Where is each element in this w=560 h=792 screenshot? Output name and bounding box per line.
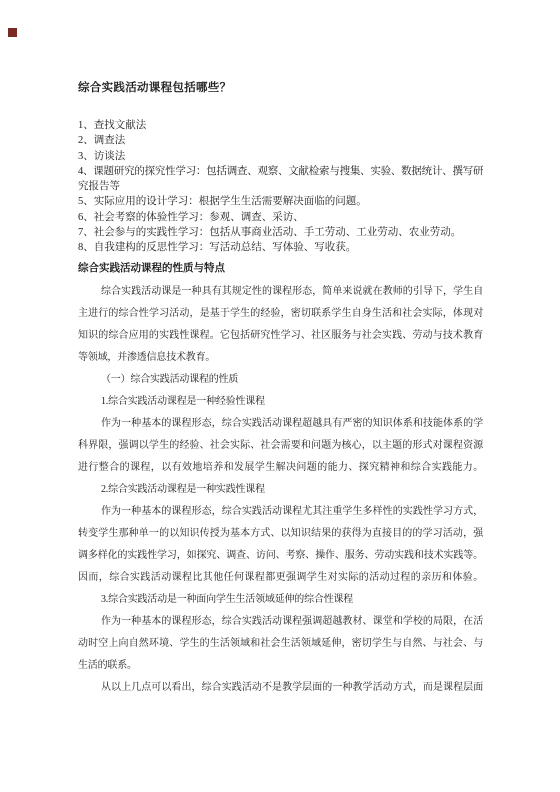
body-line: 从以上几点可以看出，综合实践活动不是教学层面的一种教学活动方式，而是课程层面 (78, 677, 483, 699)
body-line: （一）综合实践活动课程的性质 (78, 369, 483, 391)
list-line: 6、社会考察的体验性学习：参观、调查、采访、 (78, 210, 483, 225)
document-page: 综合实践活动课程包括哪些？ 1、查找文献法2、调查法3、访谈法4、课题研究的探究… (0, 0, 560, 792)
list-line: 7、社会参与的实践性学习：包括从事商业活动、手工劳动、工业劳动、农业劳动。 (78, 225, 483, 240)
body-line: 生活的联系。 (78, 655, 483, 677)
body-line: 进行整合的课程，以有效地培养和发展学生解决问题的能力、探究精神和综合实践能力。 (78, 457, 483, 479)
body-line: 因而，综合实践活动课程比其他任何课程都更强调学生对实际的活动过程的亲历和体验。 (78, 567, 483, 589)
body-line: 综合实践活动课是一种具有其规定性的课程形态，简单来说就在教师的引导下，学生自 (78, 281, 483, 303)
body-line: 1.综合实践活动课程是一种经验性课程 (78, 391, 483, 413)
red-marker (8, 28, 17, 37)
body-line: 科界限，强调以学生的经验、社会实际、社会需要和问题为核心，以主题的形式对课程资源 (78, 435, 483, 457)
section-heading: 综合实践活动课程的性质与特点 (78, 260, 483, 276)
body-line: 作为一种基本的课程形态，综合实践活动课程尤其注重学生多样性的实践性学习方式， (78, 501, 483, 523)
list-line: 5、实际应用的设计学习：根据学生生活需要解决面临的问题。 (78, 194, 483, 209)
document-title: 综合实践活动课程包括哪些？ (78, 80, 483, 96)
body-line: 调多样化的实践性学习，如探究、调查、访问、考察、操作、服务、劳动实践和技术实践等… (78, 545, 483, 567)
list-line: 8、自我建构的反思性学习：写活动总结、写体验、写收获。 (78, 240, 483, 255)
body-line: 3.综合实践活动是一种面向学生生活领域延伸的综合性课程 (78, 589, 483, 611)
body-line: 等领域，并渗透信息技术教育。 (78, 347, 483, 369)
numbered-list: 1、查找文献法2、调查法3、访谈法4、课题研究的探究性学习：包括调查、观察、文献… (78, 118, 483, 256)
list-line: 4、课题研究的探究性学习：包括调查、观察、文献检索与搜集、实验、数据统计、撰写研 (78, 164, 483, 179)
body-line: 主进行的综合性学习活动，是基于学生的经验，密切联系学生自身生活和社会实际，体现对 (78, 303, 483, 325)
list-line: 1、查找文献法 (78, 118, 483, 133)
list-line: 2、调查法 (78, 133, 483, 148)
body-text: 综合实践活动课是一种具有其规定性的课程形态，简单来说就在教师的引导下，学生自主进… (78, 281, 483, 699)
body-line: 动时空上向自然环境、学生的生活领域和社会生活领域延伸，密切学生与自然、与社会、与 (78, 633, 483, 655)
body-line: 2.综合实践活动课程是一种实践性课程 (78, 479, 483, 501)
body-line: 知识的综合应用的实践性课程。它包括研究性学习、社区服务与社会实践、劳动与技术教育 (78, 325, 483, 347)
list-line: 3、访谈法 (78, 149, 483, 164)
body-line: 转变学生那种单一的以知识传授为基本方式、以知识结果的获得为直接目的的学习活动，强 (78, 523, 483, 545)
body-line: 作为一种基本的课程形态，综合实践活动课程强调超越教材、课堂和学校的局限，在活 (78, 611, 483, 633)
body-line: 作为一种基本的课程形态，综合实践活动课程超越具有严密的知识体系和技能体系的学 (78, 413, 483, 435)
list-line: 究报告等 (78, 179, 483, 194)
